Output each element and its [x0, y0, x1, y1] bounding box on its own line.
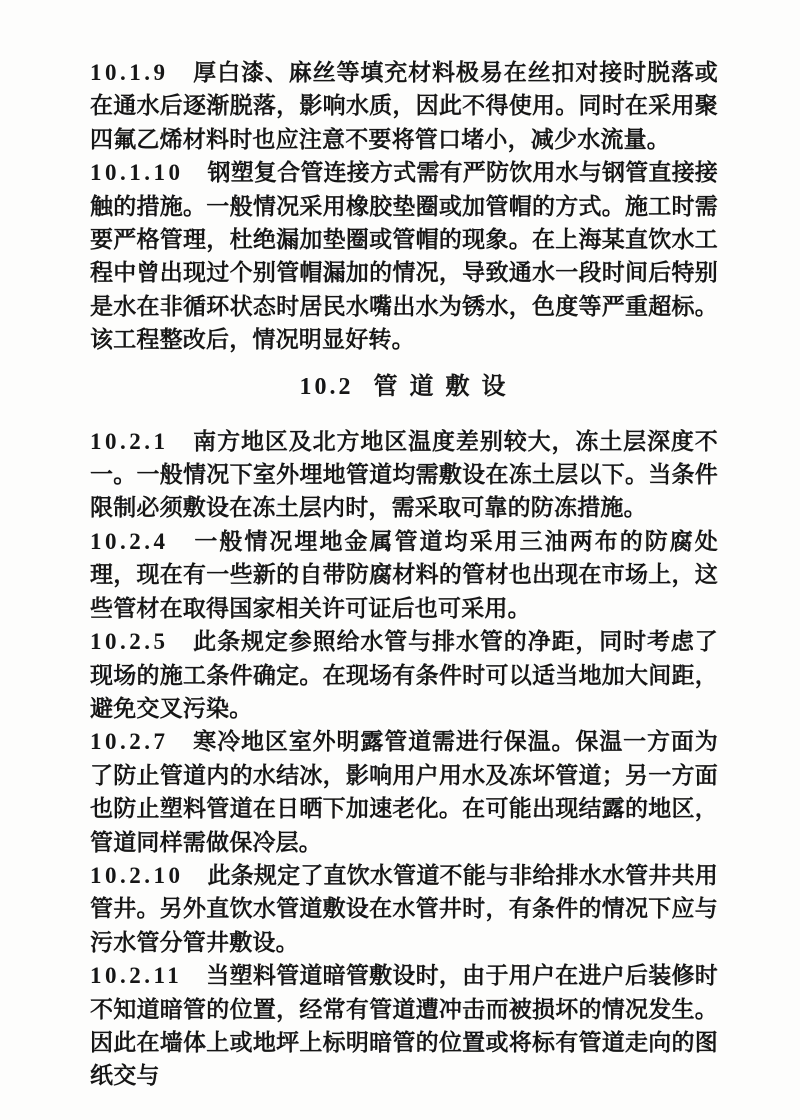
- section-heading: 10.2管 道 敷 设: [90, 371, 718, 404]
- clause-number: 10.2.1: [90, 429, 169, 454]
- clause-number: 10.2.10: [90, 863, 184, 888]
- clause-paragraph: 10.2.10此条规定了直饮水管道不能与非给排水水管井共用管井。另外直饮水管道敷…: [90, 859, 718, 959]
- clauses-after-heading: 10.2.1南方地区及北方地区温度差别较大，冻土层深度不一。一般情况下室外埋地管…: [90, 425, 718, 1093]
- clause-text: 此条规定参照给水管与排水管的净距，同时考虑了现场的施工条件确定。在现场有条件时可…: [90, 629, 718, 721]
- section-number: 10.2: [300, 374, 354, 400]
- text-block: 10.1.9厚白漆、麻丝等填充材料极易在丝扣对接时脱落或在通水后逐渐脱落，影响水…: [90, 56, 718, 1093]
- clause-text: 南方地区及北方地区温度差别较大，冻土层深度不一。一般情况下室外埋地管道均需敷设在…: [90, 429, 718, 521]
- clause-paragraph: 10.2.1南方地区及北方地区温度差别较大，冻土层深度不一。一般情况下室外埋地管…: [90, 425, 718, 525]
- clause-number: 10.2.7: [90, 729, 169, 754]
- clause-paragraph: 10.1.10钢塑复合管连接方式需有严防饮用水与钢管直接接触的措施。一般情况采用…: [90, 156, 718, 356]
- clause-text: 当塑料管道暗管敷设时，由于用户在进户后装修时不知道暗管的位置，经常有管道遭冲击而…: [90, 963, 718, 1088]
- clause-text: 厚白漆、麻丝等填充材料极易在丝扣对接时脱落或在通水后逐渐脱落，影响水质，因此不得…: [90, 60, 718, 152]
- clause-paragraph: 10.2.5此条规定参照给水管与排水管的净距，同时考虑了现场的施工条件确定。在现…: [90, 625, 718, 725]
- clause-text: 钢塑复合管连接方式需有严防饮用水与钢管直接接触的措施。一般情况采用橡胶垫圈或加管…: [90, 160, 718, 352]
- clause-paragraph: 10.2.4一般情况埋地金属管道均采用三油两布的防腐处理，现在有一些新的自带防腐…: [90, 525, 718, 625]
- clause-number: 10.2.4: [90, 529, 169, 554]
- clause-text: 寒冷地区室外明露管道需进行保温。保温一方面为了防止管道内的水结冰，影响用户用水及…: [90, 729, 718, 854]
- clause-text: 一般情况埋地金属管道均采用三油两布的防腐处理，现在有一些新的自带防腐材料的管材也…: [90, 529, 718, 621]
- clause-number: 10.2.11: [90, 963, 182, 988]
- clause-paragraph: 10.2.7寒冷地区室外明露管道需进行保温。保温一方面为了防止管道内的水结冰，影…: [90, 725, 718, 859]
- clause-text: 此条规定了直饮水管道不能与非给排水水管井共用管井。另外直饮水管道敷设在水管井时，…: [90, 863, 718, 955]
- clause-paragraph: 10.2.11当塑料管道暗管敷设时，由于用户在进户后装修时不知道暗管的位置，经常…: [90, 959, 718, 1093]
- clause-number: 10.2.5: [90, 629, 169, 654]
- document-page: 10.1.9厚白漆、麻丝等填充材料极易在丝扣对接时脱落或在通水后逐渐脱落，影响水…: [0, 0, 800, 1120]
- clause-paragraph: 10.1.9厚白漆、麻丝等填充材料极易在丝扣对接时脱落或在通水后逐渐脱落，影响水…: [90, 56, 718, 156]
- clause-number: 10.1.10: [90, 160, 184, 185]
- clauses-before-heading: 10.1.9厚白漆、麻丝等填充材料极易在丝扣对接时脱落或在通水后逐渐脱落，影响水…: [90, 56, 718, 357]
- clause-number: 10.1.9: [90, 60, 169, 85]
- section-title: 管 道 敷 设: [374, 374, 509, 400]
